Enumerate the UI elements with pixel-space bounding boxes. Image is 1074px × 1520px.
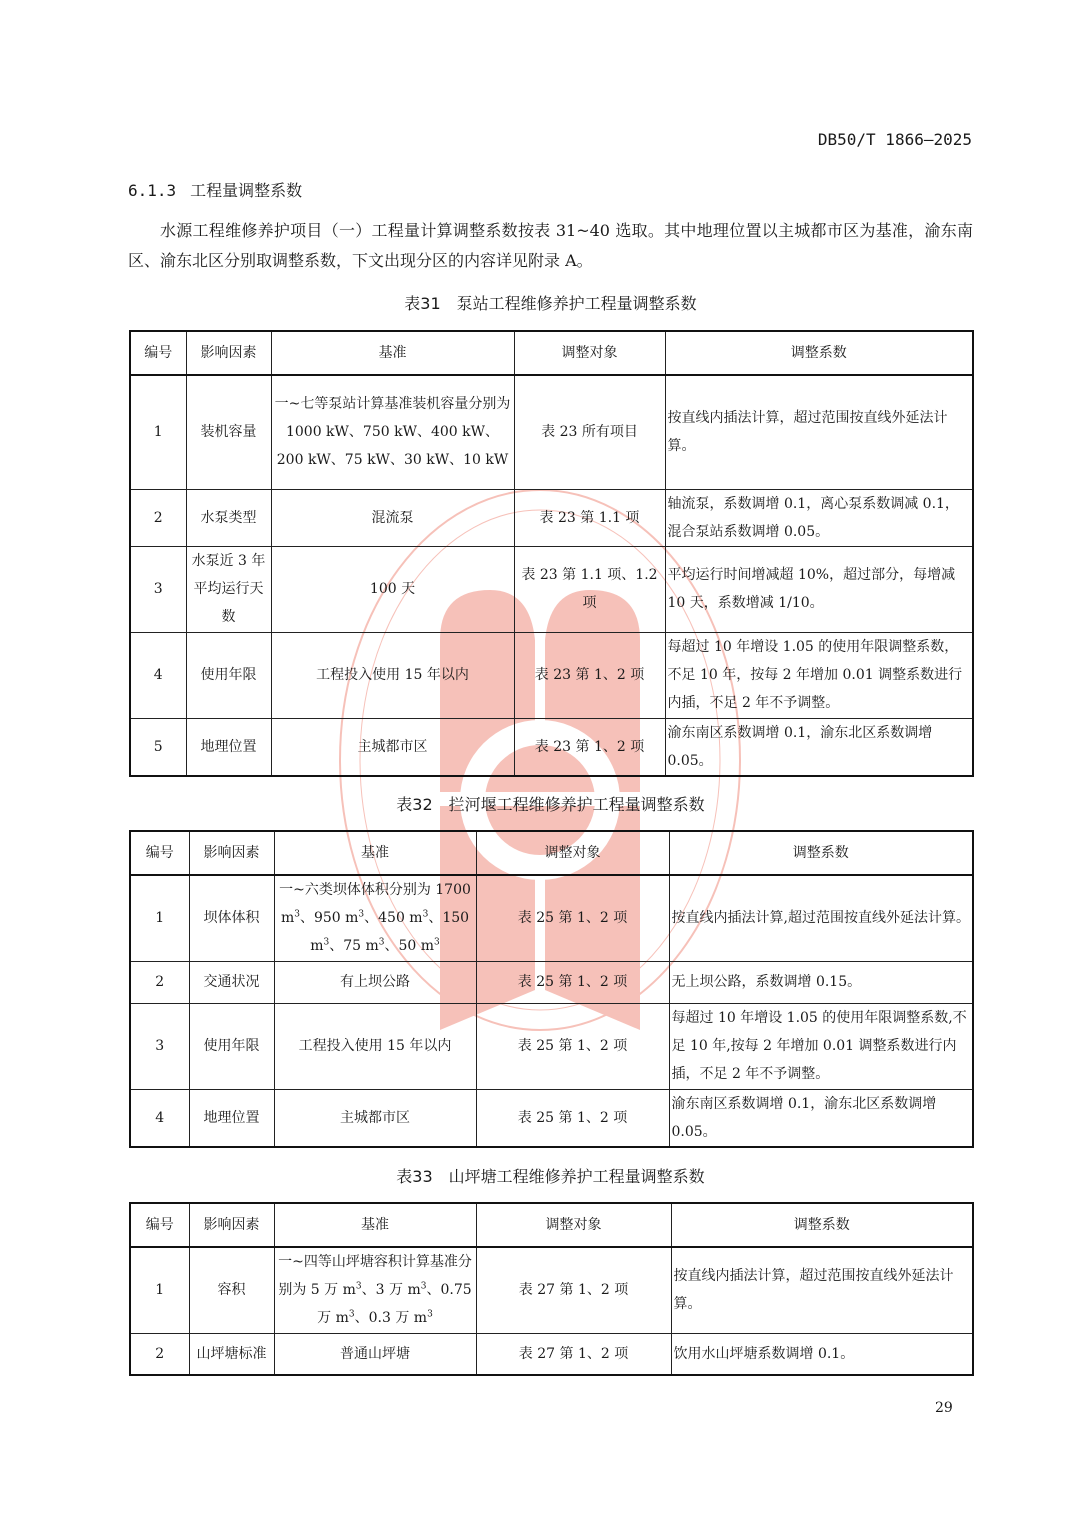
section-heading: 6.1.3工程量调整系数 — [128, 178, 302, 201]
table-row: 1 坝体体积 一~六类坝体体积分别为 1700 m3、950 m3、450 m3… — [130, 875, 973, 961]
baseline-with-superscripts: 一~六类坝体体积分别为 1700 m3、950 m3、450 m3、150 m3… — [274, 875, 476, 961]
table-header-row: 编号 影响因素 基准 调整对象 调整系数 — [130, 831, 973, 875]
table-row: 2 交通状况 有上坝公路 表 25 第 1、2 项 无上坝公路，系数调增 0.1… — [130, 961, 973, 1003]
table-row: 3 使用年限 工程投入使用 15 年以内 表 25 第 1、2 项 每超过 10… — [130, 1003, 973, 1089]
table-row: 3 水泵近 3 年平均运行天数 100 天 表 23 第 1.1 项、1.2 项… — [130, 546, 973, 632]
col-header-baseline: 基准 — [271, 331, 514, 375]
section-title: 工程量调整系数 — [190, 181, 302, 200]
page-number: 29 — [935, 1400, 953, 1416]
table-32: 编号 影响因素 基准 调整对象 调整系数 1 坝体体积 一~六类坝体体积分别为 … — [129, 830, 974, 1148]
col-header-factor: 影响因素 — [186, 331, 271, 375]
col-header-no: 编号 — [130, 331, 186, 375]
table-row: 1 容积 一~四等山坪塘容积计算基准分别为 5 万 m3、3 万 m3、0.75… — [130, 1247, 973, 1333]
standard-code: DB50/T 1866—2025 — [818, 130, 972, 149]
intro-paragraph: 水源工程维修养护项目（一）工程量计算调整系数按表 31~40 选取。其中地理位置… — [128, 216, 973, 276]
table-row: 5 地理位置 主城都市区 表 23 第 1、2 项 渝东南区系数调增 0.1，渝… — [130, 718, 973, 776]
col-header-coefficient: 调整系数 — [665, 331, 973, 375]
table-33-caption: 表33山坪塘工程维修养护工程量调整系数 — [128, 1164, 973, 1187]
table-row: 4 使用年限 工程投入使用 15 年以内 表 23 第 1、2 项 每超过 10… — [130, 632, 973, 718]
table-header-row: 编号 影响因素 基准 调整对象 调整系数 — [130, 1203, 973, 1247]
table-row: 4 地理位置 主城都市区 表 25 第 1、2 项 渝东南区系数调增 0.1，渝… — [130, 1089, 973, 1147]
table-31-caption: 表31泵站工程维修养护工程量调整系数 — [128, 291, 973, 314]
table-row: 2 山坪塘标准 普通山坪塘 表 27 第 1、2 项 饮用水山坪塘系数调增 0.… — [130, 1333, 973, 1375]
table-33: 编号 影响因素 基准 调整对象 调整系数 1 容积 一~四等山坪塘容积计算基准分… — [129, 1202, 974, 1376]
table-row: 1 装机容量 一~七等泵站计算基准装机容量分别为 1000 kW、750 kW、… — [130, 375, 973, 489]
table-row: 2 水泵类型 混流泵 表 23 第 1.1 项 轴流泵，系数调增 0.1，离心泵… — [130, 489, 973, 546]
table-32-caption: 表32拦河堰工程维修养护工程量调整系数 — [128, 792, 973, 815]
section-number: 6.1.3 — [128, 181, 176, 200]
table-header-row: 编号 影响因素 基准 调整对象 调整系数 — [130, 331, 973, 375]
baseline-with-superscripts: 一~四等山坪塘容积计算基准分别为 5 万 m3、3 万 m3、0.75 万 m3… — [274, 1247, 476, 1333]
col-header-target: 调整对象 — [514, 331, 665, 375]
table-31: 编号 影响因素 基准 调整对象 调整系数 1 装机容量 一~七等泵站计算基准装机… — [129, 330, 974, 777]
